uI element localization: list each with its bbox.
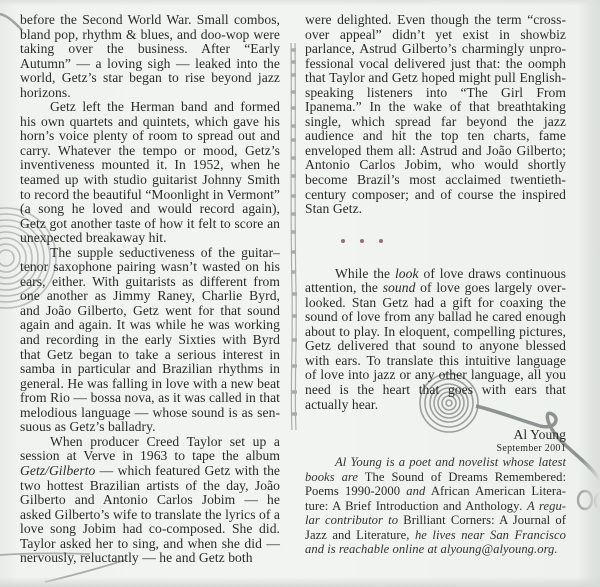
page-top-edge-shadow (0, 0, 600, 6)
emphasis: sound (383, 280, 416, 295)
paragraph: Getz left the Herman band and formed his… (20, 100, 280, 245)
signature-date: September 2001 (305, 442, 566, 455)
section-break-dot (360, 239, 364, 243)
author-signature: Al Young (305, 427, 566, 442)
text-run: of love goes largely over­looked. Stan G… (305, 280, 566, 411)
section-break-dot (379, 239, 383, 243)
album-title: Getz/Gilberto (20, 463, 95, 478)
paragraph: were delighted. Even though the term “cr… (305, 13, 566, 217)
page-bottom-edge-shadow (0, 577, 600, 587)
paragraph: before the Second World War. Small combo… (20, 13, 280, 100)
section-break-dot (341, 239, 345, 243)
liner-notes-page: before the Second World War. Small combo… (0, 0, 600, 587)
text-run: When producer Creed Taylor set up a sess… (20, 434, 280, 464)
bio-italic: and (406, 484, 425, 498)
emphasis: look (395, 266, 419, 281)
paragraph-getz-gilberto: When producer Creed Taylor set up a sess… (20, 435, 280, 566)
right-text-column: were delighted. Even though the term “cr… (305, 13, 566, 557)
section-break (341, 235, 566, 247)
text-run: — which featured Getz with the two hotte… (20, 463, 280, 565)
closing-paragraph: While the look of love draws continuous … (305, 267, 566, 412)
doodle-ladder-divider (291, 43, 297, 430)
left-text-column: before the Second World War. Small combo… (20, 13, 280, 566)
paragraph: The supple seductiveness of the guitar–t… (20, 246, 280, 435)
author-bio: Al Young is a poet and novelist whose la… (305, 455, 566, 557)
doodle-stroke-top-left (0, 14, 22, 30)
page-right-edge-shadow (582, 0, 600, 587)
text-run: While the (335, 266, 395, 281)
